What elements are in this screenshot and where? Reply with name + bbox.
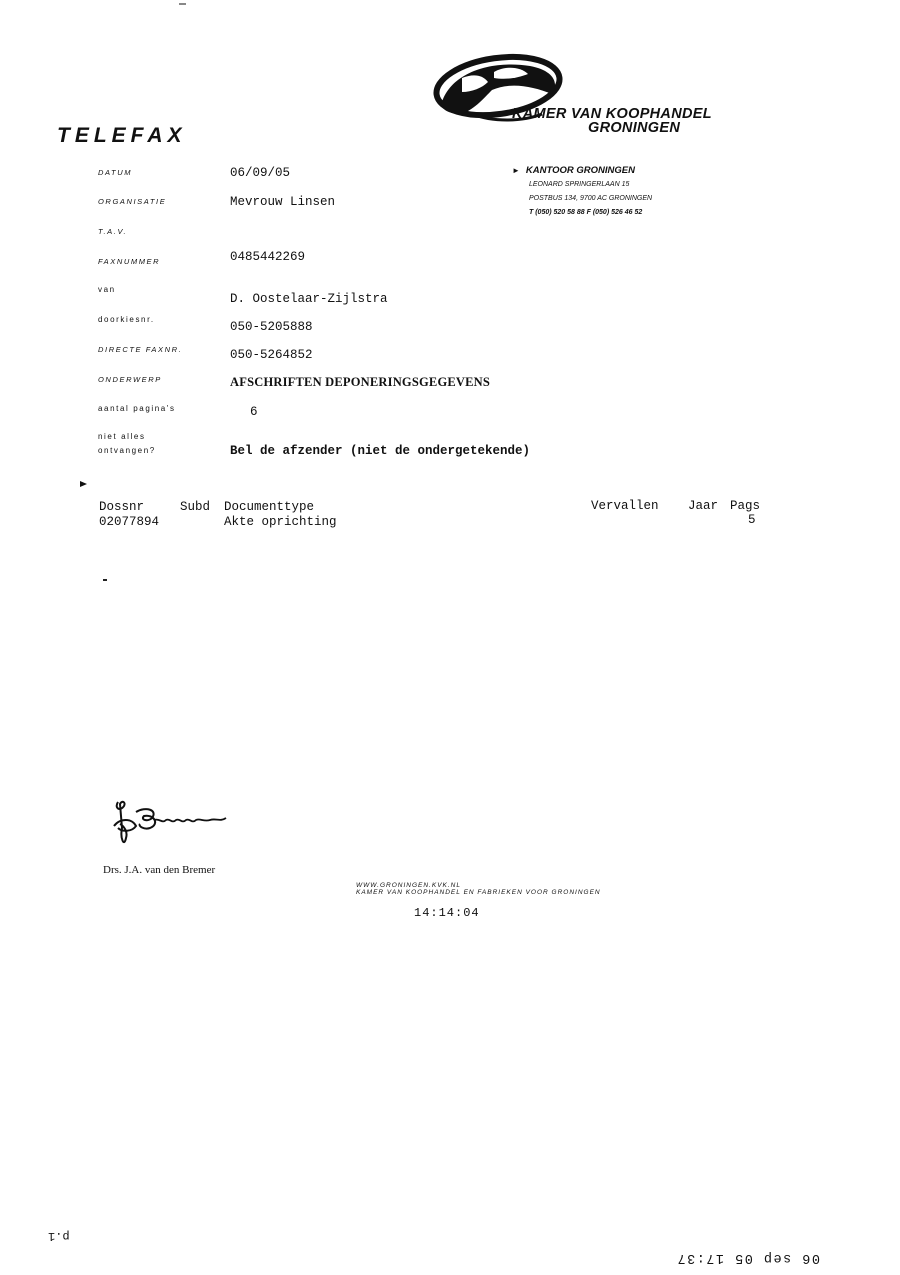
- value-organisatie: Mevrouw Linsen: [230, 195, 335, 209]
- col-header-dossnr: Dossnr: [99, 500, 144, 514]
- fax-timestamp: 06 sep 05 17:37: [676, 1250, 820, 1265]
- label-onderwerp: ONDERWERP: [98, 375, 162, 384]
- office-address: ►KANTOOR GRONINGEN LEONARD SPRINGERLAAN …: [512, 163, 652, 220]
- document-title: TELEFAX: [57, 124, 187, 148]
- label-aantal-paginas: aantal pagina's: [98, 404, 176, 413]
- col-header-documenttype: Documenttype: [224, 500, 314, 514]
- value-datum: 06/09/05: [230, 166, 290, 180]
- scan-artifact: [179, 3, 186, 5]
- fax-page-number: p.1: [48, 1229, 70, 1243]
- label-tav: T.A.V.: [98, 227, 127, 236]
- cell-documenttype: Akte oprichting: [224, 515, 337, 529]
- value-onderwerp: AFSCHRIFTEN DEPONERINGSGEGEVENS: [230, 375, 490, 390]
- col-header-subd: Subd: [180, 500, 210, 514]
- col-header-jaar: Jaar: [688, 499, 718, 513]
- cell-dossnr: 02077894: [99, 515, 159, 529]
- label-faxnummer: FAXNUMMER: [98, 257, 160, 266]
- scan-artifact: [103, 579, 107, 581]
- office-name: KANTOOR GRONINGEN: [526, 165, 635, 176]
- arrow-right-icon: ►: [512, 163, 520, 178]
- office-phone: T (050) 520 58 88 F (050) 526 46 52: [512, 206, 652, 220]
- label-directe-faxnr: DIRECTE FAXNR.: [98, 345, 182, 354]
- office-street: LEONARD SPRINGERLAAN 15: [512, 178, 652, 192]
- value-aantal-paginas: 6: [250, 405, 258, 419]
- label-doorkiesnr: doorkiesnr.: [98, 315, 155, 324]
- value-van: D. Oostelaar-Zijlstra: [230, 292, 388, 306]
- label-van: van: [98, 285, 116, 294]
- label-datum: DATUM: [98, 168, 132, 177]
- arrow-marker-icon: [80, 481, 87, 487]
- organization-name: KAMER VAN KOOPHANDEL GRONINGEN: [512, 107, 712, 135]
- label-organisatie: ORGANISATIE: [98, 197, 166, 206]
- org-name-line2: GRONINGEN: [512, 121, 712, 135]
- signature-image: [110, 798, 235, 853]
- col-header-pags: Pags: [730, 499, 760, 513]
- office-postbus: POSTBUS 134, 9700 AC GRONINGEN: [512, 192, 652, 206]
- label-niet-alles-1: niet alles: [98, 432, 146, 441]
- value-doorkiesnr: 050-5205888: [230, 320, 313, 334]
- cell-pags: 5: [748, 513, 756, 527]
- footer-org-name: KAMER VAN KOOPHANDEL EN FABRIEKEN VOOR G…: [356, 890, 601, 897]
- signer-name: Drs. J.A. van den Bremer: [103, 864, 215, 876]
- footer-time: 14:14:04: [414, 906, 480, 920]
- label-niet-alles-2: ontvangen?: [98, 446, 156, 455]
- value-faxnummer: 0485442269: [230, 250, 305, 264]
- col-header-vervallen: Vervallen: [591, 499, 659, 513]
- value-directe-faxnr: 050-5264852: [230, 348, 313, 362]
- value-niet-alles: Bel de afzender (niet de ondergetekende): [230, 444, 530, 458]
- footer-info: WWW.GRONINGEN.KVK.NL KAMER VAN KOOPHANDE…: [356, 883, 601, 896]
